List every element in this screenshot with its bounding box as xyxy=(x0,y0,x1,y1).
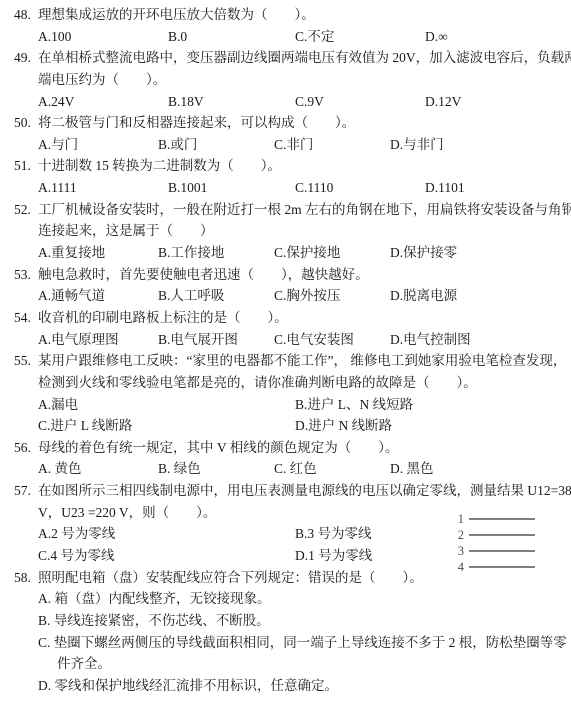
question-58-option-c-cont: 件齐全。 xyxy=(0,653,571,675)
question-text: 在如图所示三相四线制电源中，用电压表测量电源线的电压以确定零线，测量结果 U12… xyxy=(38,483,571,498)
option-a: A. 黄色 xyxy=(38,458,158,480)
option-a: A.重复接地 xyxy=(38,242,158,264)
option-b: B.或门 xyxy=(158,134,274,156)
question-49-options: A.24V B.18V C.9V D.12V xyxy=(0,91,571,113)
question-56: 56.母线的着色有统一规定，其中 V 相线的颜色规定为（ ）。 xyxy=(0,437,571,459)
option-b: B. 绿色 xyxy=(158,458,274,480)
option-b: B.1001 xyxy=(168,177,295,199)
option-c: C.电气安装图 xyxy=(274,329,390,351)
exam-page: 48.理想集成运放的开环电压放大倍数为（ ）。 A.100 B.0 C.不定 D… xyxy=(0,0,571,711)
option-a: A.电气原理图 xyxy=(38,329,158,351)
question-51: 51.十进制数 15 转换为二进制数为（ ）。 xyxy=(0,155,571,177)
option-d: D.12V xyxy=(425,91,461,113)
question-53-options: A.通畅气道 B.人工呼吸 C.胸外按压 D.脱离电源 xyxy=(0,285,571,307)
option-c: C.进户 L 线断路 xyxy=(38,415,295,437)
question-50: 50.将二极管与门和反相器连接起来，可以构成（ ）。 xyxy=(0,112,571,134)
question-49-text-cont: 端电压约为（ ）。 xyxy=(0,69,571,91)
option-a: A.与门 xyxy=(38,134,158,156)
option-d: D.脱离电源 xyxy=(390,285,457,307)
option-a: A.2 号为零线 xyxy=(38,523,295,545)
option-d: D.1101 xyxy=(425,177,465,199)
option-a: A.24V xyxy=(38,91,168,113)
option-d: D.与非门 xyxy=(390,134,444,156)
option-b: B.进户 L、N 线短路 xyxy=(295,394,413,416)
wire-row-2: 2 xyxy=(451,527,535,543)
question-51-options: A.1111 B.1001 C.1110 D.1101 xyxy=(0,177,571,199)
option-d: D.电气控制图 xyxy=(390,329,471,351)
question-52-options: A.重复接地 B.工作接地 C.保护接地 D.保护接零 xyxy=(0,242,571,264)
question-text: 照明配电箱（盘）安装配线应符合下列规定：错误的是（ ）。 xyxy=(38,570,423,585)
question-number: 50. xyxy=(14,112,38,134)
question-number: 53. xyxy=(14,264,38,286)
question-48: 48.理想集成运放的开环电压放大倍数为（ ）。 xyxy=(0,4,571,26)
option-b: B.0 xyxy=(168,26,295,48)
option-b: B.电气展开图 xyxy=(158,329,274,351)
three-phase-wires-diagram: 1 2 3 4 xyxy=(451,511,535,575)
question-53: 53.触电急救时，首先要使触电者迅速（ ），越快越好。 xyxy=(0,264,571,286)
question-text: 工厂机械设备安装时，一般在附近打一根 2m 左右的角钢在地下，用扁铁将安装设备与… xyxy=(38,202,571,217)
option-a: A.通畅气道 xyxy=(38,285,158,307)
option-b: B.3 号为零线 xyxy=(295,523,372,545)
wire-row-4: 4 xyxy=(451,559,535,575)
question-text: 母线的着色有统一规定，其中 V 相线的颜色规定为（ ）。 xyxy=(38,440,399,455)
wire-row-3: 3 xyxy=(451,543,535,559)
question-text: 在单相桥式整流电路中，变压器副边线圈两端电压有效值为 20V，加入滤波电容后，负… xyxy=(38,50,571,65)
question-text: 某用户跟维修电工反映：“家里的电器都不能工作”， 维修电工到她家用验电笔检查发现… xyxy=(38,353,566,368)
option-c: C.非门 xyxy=(274,134,390,156)
wire-label: 3 xyxy=(451,544,464,559)
option-d: D.进户 N 线断路 xyxy=(295,415,392,437)
option-c: C.4 号为零线 xyxy=(38,545,295,567)
question-number: 52. xyxy=(14,199,38,221)
question-number: 56. xyxy=(14,437,38,459)
wire-line xyxy=(469,566,535,568)
option-c: C.9V xyxy=(295,91,425,113)
option-b: B.工作接地 xyxy=(158,242,274,264)
question-text: 收音机的印刷电路板上标注的是（ ）。 xyxy=(38,310,288,325)
question-52: 52.工厂机械设备安装时，一般在附近打一根 2m 左右的角钢在地下，用扁铁将安装… xyxy=(0,199,571,221)
option-a: A.1111 xyxy=(38,177,168,199)
option-c: C. 红色 xyxy=(274,458,390,480)
question-number: 57. xyxy=(14,480,38,502)
option-d: D.保护接零 xyxy=(390,242,457,264)
question-52-text-cont: 连接起来，这是属于（ ） xyxy=(0,220,571,242)
question-57: 57.在如图所示三相四线制电源中，用电压表测量电源线的电压以确定零线，测量结果 … xyxy=(0,480,571,502)
question-56-options: A. 黄色 B. 绿色 C. 红色 D. 黑色 xyxy=(0,458,571,480)
option-a: A.漏电 xyxy=(38,394,295,416)
wire-label: 2 xyxy=(451,528,464,543)
wire-line xyxy=(469,534,535,536)
wire-label: 4 xyxy=(451,560,464,575)
option-d: D. 黑色 xyxy=(390,458,434,480)
question-55-options-cd: C.进户 L 线断路 D.进户 N 线断路 xyxy=(0,415,571,437)
question-50-options: A.与门 B.或门 C.非门 D.与非门 xyxy=(0,134,571,156)
question-text: 理想集成运放的开环电压放大倍数为（ ）。 xyxy=(38,7,315,22)
question-text: 将二极管与门和反相器连接起来，可以构成（ ）。 xyxy=(38,115,355,130)
question-48-options: A.100 B.0 C.不定 D.∞ xyxy=(0,26,571,48)
question-58-option-d: D. 零线和保护地线经汇流排不用标识，任意确定。 xyxy=(0,675,571,697)
option-d: D.1 号为零线 xyxy=(295,545,372,567)
question-number: 55. xyxy=(14,350,38,372)
question-58-option-b: B. 导线连接紧密，不伤芯线、不断股。 xyxy=(0,610,571,632)
option-d: D.∞ xyxy=(425,26,448,48)
question-number: 58. xyxy=(14,567,38,589)
question-54-options: A.电气原理图 B.电气展开图 C.电气安装图 D.电气控制图 xyxy=(0,329,571,351)
option-b: B.18V xyxy=(168,91,295,113)
option-b: B.人工呼吸 xyxy=(158,285,274,307)
wire-line xyxy=(469,550,535,552)
wire-label: 1 xyxy=(451,512,464,527)
question-55-options-ab: A.漏电 B.进户 L、N 线短路 xyxy=(0,394,571,416)
question-58-option-c: C. 垫圈下螺丝两侧压的导线截面积相同，同一端子上导线连接不多于 2 根，防松垫… xyxy=(0,632,571,654)
question-number: 48. xyxy=(14,4,38,26)
option-c: C.1110 xyxy=(295,177,425,199)
question-number: 54. xyxy=(14,307,38,329)
option-c: C.胸外按压 xyxy=(274,285,390,307)
question-number: 51. xyxy=(14,155,38,177)
wire-line xyxy=(469,518,535,520)
question-55: 55.某用户跟维修电工反映：“家里的电器都不能工作”， 维修电工到她家用验电笔检… xyxy=(0,350,571,372)
option-a: A.100 xyxy=(38,26,168,48)
question-text: 十进制数 15 转换为二进制数为（ ）。 xyxy=(38,158,281,173)
question-number: 49. xyxy=(14,47,38,69)
wire-row-1: 1 xyxy=(451,511,535,527)
question-55-text-cont: 检测到火线和零线验电笔都是亮的，请你准确判断电路的故障是（ ）。 xyxy=(0,372,571,394)
option-c: C.保护接地 xyxy=(274,242,390,264)
question-54: 54.收音机的印刷电路板上标注的是（ ）。 xyxy=(0,307,571,329)
question-text: 触电急救时，首先要使触电者迅速（ ），越快越好。 xyxy=(38,267,369,282)
option-c: C.不定 xyxy=(295,26,425,48)
question-58-option-a: A. 箱（盘）内配线整齐，无铰接现象。 xyxy=(0,588,571,610)
question-49: 49.在单相桥式整流电路中，变压器副边线圈两端电压有效值为 20V，加入滤波电容… xyxy=(0,47,571,69)
